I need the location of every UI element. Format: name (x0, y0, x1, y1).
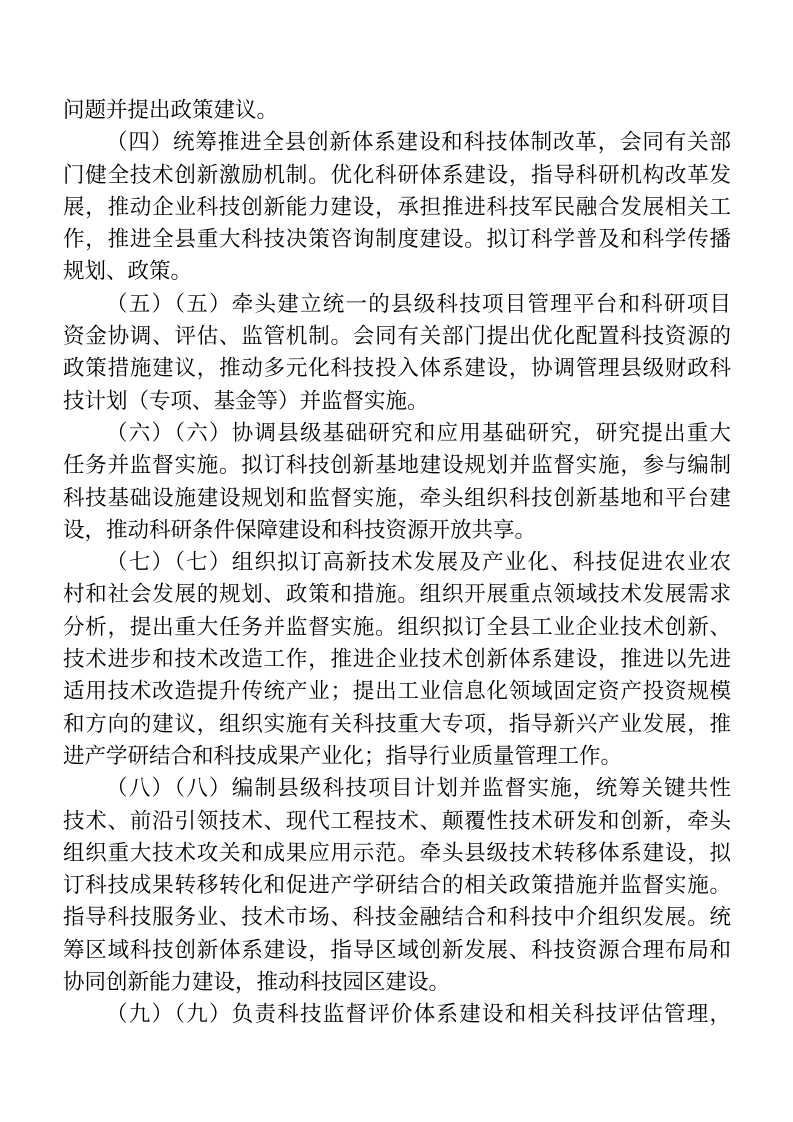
document-body: 问题并提出政策建议。 （四）统筹推进全县创新体系建设和科技体制改革，会同有关部 … (63, 95, 731, 1032)
text-line: （六）（六）协调县级基础研究和应用基础研究，研究提出重大 (63, 418, 731, 450)
text-line: （九）（九）负责科技监督评价体系建设和相关科技评估管理， (63, 999, 731, 1031)
text-line: 政策措施建议，推动多元化科技投入体系建设，协调管理县级财政科 (63, 353, 731, 385)
text-line: 科技基础设施建设规划和监督实施，牵头组织科技创新基地和平台建 (63, 483, 731, 515)
text-line: 技术、前沿引领技术、现代工程技术、颠覆性技术研发和创新，牵头 (63, 806, 731, 838)
paragraph-item-9: （九）（九）负责科技监督评价体系建设和相关科技评估管理， (63, 999, 731, 1031)
text-line: （四）统筹推进全县创新体系建设和科技体制改革，会同有关部 (63, 127, 731, 159)
text-line: 适用技术改造提升传统产业；提出工业信息化领域固定资产投资规模 (63, 676, 731, 708)
text-line: 分析，提出重大任务并监督实施。组织拟订全县工业企业技术创新、 (63, 612, 731, 644)
text-line: 指导科技服务业、技术市场、科技金融结合和科技中介组织发展。统 (63, 902, 731, 934)
text-line: 筹区域科技创新体系建设，指导区域创新发展、科技资源合理布局和 (63, 935, 731, 967)
text-line: （七）（七）组织拟订高新技术发展及产业化、科技促进农业农 (63, 547, 731, 579)
text-line: 进产学研结合和科技成果产业化；指导行业质量管理工作。 (63, 741, 731, 773)
text-line: 组织重大技术攻关和成果应用示范。牵头县级技术转移体系建设，拟 (63, 838, 731, 870)
text-line: 技计划（专项、基金等）并监督实施。 (63, 386, 731, 418)
paragraph-item-8: （八）（八）编制县级科技项目计划并监督实施，统筹关键共性 技术、前沿引领技术、现… (63, 773, 731, 999)
text-line: 村和社会发展的规划、政策和措施。组织开展重点领域技术发展需求 (63, 579, 731, 611)
paragraph-item-6: （六）（六）协调县级基础研究和应用基础研究，研究提出重大 任务并监督实施。拟订科… (63, 418, 731, 547)
paragraph-item-5: （五）（五）牵头建立统一的县级科技项目管理平台和科研项目 资金协调、评估、监管机… (63, 289, 731, 418)
document-page: 问题并提出政策建议。 （四）统筹推进全县创新体系建设和科技体制改革，会同有关部 … (0, 0, 793, 1122)
text-line: 规划、政策。 (63, 256, 731, 288)
text-line: 问题并提出政策建议。 (63, 95, 731, 127)
text-line: 协同创新能力建设，推动科技园区建设。 (63, 967, 731, 999)
text-line: 作，推进全县重大科技决策咨询制度建设。拟订科学普及和科学传播 (63, 224, 731, 256)
text-line: 设，推动科研条件保障建设和科技资源开放共享。 (63, 515, 731, 547)
text-line: 技术进步和技术改造工作，推进企业技术创新体系建设，推进以先进 (63, 644, 731, 676)
paragraph-item-4: （四）统筹推进全县创新体系建设和科技体制改革，会同有关部 门健全技术创新激励机制… (63, 127, 731, 288)
paragraph-continuation: 问题并提出政策建议。 (63, 95, 731, 127)
paragraph-item-7: （七）（七）组织拟订高新技术发展及产业化、科技促进农业农 村和社会发展的规划、政… (63, 547, 731, 773)
text-line: 和方向的建议，组织实施有关科技重大专项，指导新兴产业发展，推 (63, 709, 731, 741)
text-line: 门健全技术创新激励机制。优化科研体系建设，指导科研机构改革发 (63, 160, 731, 192)
text-line: （五）（五）牵头建立统一的县级科技项目管理平台和科研项目 (63, 289, 731, 321)
text-line: （八）（八）编制县级科技项目计划并监督实施，统筹关键共性 (63, 773, 731, 805)
text-line: 展，推动企业科技创新能力建设，承担推进科技军民融合发展相关工 (63, 192, 731, 224)
text-line: 资金协调、评估、监管机制。会同有关部门提出优化配置科技资源的 (63, 321, 731, 353)
text-line: 任务并监督实施。拟订科技创新基地建设规划并监督实施，参与编制 (63, 450, 731, 482)
text-line: 订科技成果转移转化和促进产学研结合的相关政策措施并监督实施。 (63, 870, 731, 902)
